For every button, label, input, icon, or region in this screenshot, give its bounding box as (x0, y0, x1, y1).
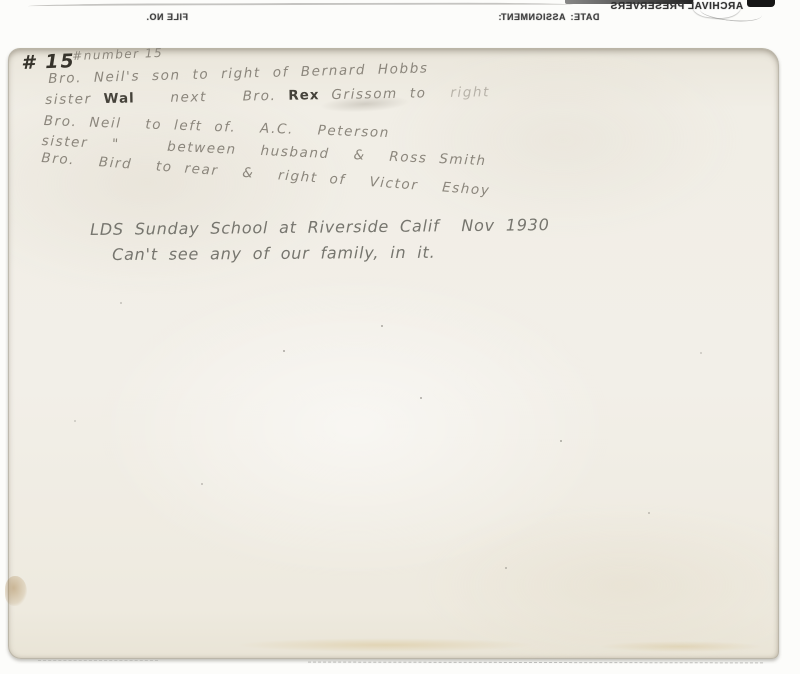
scanned-photo-back-page: FILE NO. ASSIGNMENT: DATE: ARCHIVAL PRES… (0, 0, 800, 674)
mirrored-label-date: DATE: (570, 12, 599, 22)
paper-speck (74, 420, 76, 422)
yellow-edge-stain (235, 638, 535, 652)
note-text-traced-ink: Rex (288, 87, 320, 104)
paper-speck (700, 352, 702, 354)
note-text: Grissom to (319, 85, 450, 103)
note-text: sister (45, 91, 104, 108)
scanner-dashed-line (308, 662, 763, 664)
note-text-faint: right (450, 84, 490, 101)
paper-speck (283, 350, 285, 352)
sleeve-edge-line-light (28, 2, 573, 8)
caption-line-2: Can't see any of our family, in it. (112, 243, 435, 264)
paper-speck (648, 512, 650, 514)
mirrored-label-assignment: ASSIGNMENT: (498, 12, 566, 22)
paper-speck (120, 302, 122, 304)
yellow-edge-stain (598, 641, 763, 652)
scanner-dashed-line (38, 660, 158, 661)
note-text: next Bro. (135, 88, 289, 107)
mirrored-label-file-no: FILE NO. (146, 12, 188, 22)
paper-speck (381, 325, 383, 327)
paper-speck (505, 567, 507, 569)
note-text-traced-ink: Wal (103, 90, 134, 107)
brown-stain (5, 576, 27, 606)
paper-speck (420, 397, 422, 399)
paper-speck (201, 483, 203, 485)
scanner-dark-artifact (747, 0, 775, 7)
mirrored-label-archival-preservers: ARCHIVAL PRESERVERS (610, 1, 743, 12)
paper-speck (560, 440, 562, 442)
